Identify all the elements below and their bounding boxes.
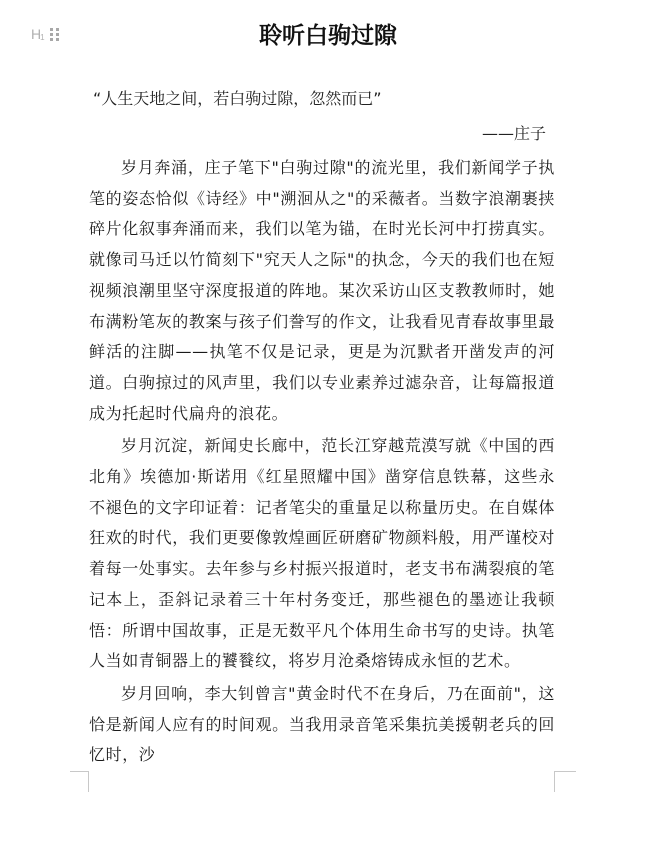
paragraph: 岁月奔涌，庄子笔下"白驹过隙"的流光里，我们新闻学子执笔的姿态恰似《诗经》中"溯… xyxy=(89,153,555,429)
document-body[interactable]: 岁月奔涌，庄子笔下"白驹过隙"的流光里，我们新闻学子执笔的姿态恰似《诗经》中"溯… xyxy=(89,153,555,773)
paragraph: 岁月沉淀，新闻史长廊中，范长江穿越荒漠写就《中国的西北角》埃德加·斯诺用《红星照… xyxy=(89,431,555,677)
paragraph: 岁月回响，李大钊曾言"黄金时代不在身后，乃在面前"，这恰是新闻人应有的时间观。当… xyxy=(89,679,555,771)
document-title: 聆听白驹过隙 xyxy=(0,17,656,50)
epigraph-attribution: ——庄子 xyxy=(482,121,546,144)
epigraph-quote: “人生天地之间，若白驹过隙，忽然而已” xyxy=(93,86,382,109)
page-margin-corner-left xyxy=(70,771,89,792)
page-margin-corner-right xyxy=(554,771,576,792)
